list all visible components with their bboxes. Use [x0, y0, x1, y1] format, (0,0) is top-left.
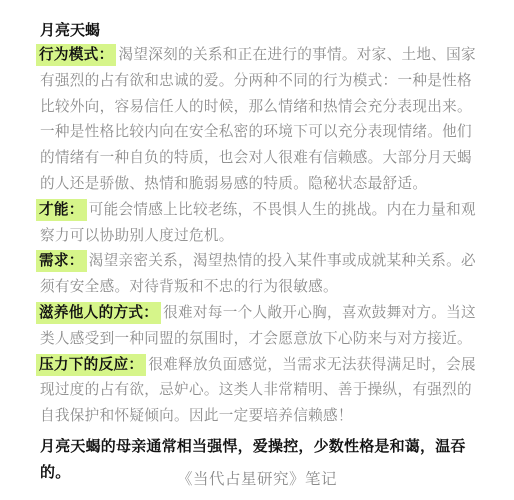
source-footer: 《当代占星研究》笔记 [0, 467, 514, 489]
section-stress-reaction: 压力下的反应：很难释放负面感觉，当需求无法获得满足时，会展现过度的占有欲，忌妒心… [40, 352, 476, 429]
section-behavior: 行为模式：渴望深刻的关系和正在进行的事情。对家、土地、国家有强烈的占有欲和忠诚的… [40, 42, 476, 197]
section-label: 滋养他人的方式： [36, 302, 161, 324]
section-text: 渴望亲密关系，渴望热情的投入某件事或成就某种关系。必须有安全感。对待背叛和不忠的… [40, 252, 476, 295]
section-needs: 需求：渴望亲密关系，渴望热情的投入某件事或成就某种关系。必须有安全感。对待背叛和… [40, 248, 476, 300]
section-text: 可能会情感上比较老练，不畏惧人生的挑战。内在力量和观察力可以协助别人度过危机。 [40, 201, 476, 244]
section-text: 渴望深刻的关系和正在进行的事情。对家、土地、国家有强烈的占有欲和忠诚的爱。分两种… [40, 46, 476, 192]
section-label: 才能： [36, 199, 87, 221]
section-label: 行为模式： [36, 44, 116, 66]
section-nurturing: 滋养他人的方式：很难对每一个人敞开心胸，喜欢鼓舞对方。当这类人感受到一种同盟的氛… [40, 300, 476, 352]
document-body: 月亮天蝎 行为模式：渴望深刻的关系和正在进行的事情。对家、土地、国家有强烈的占有… [40, 19, 476, 485]
section-talent: 才能：可能会情感上比较老练，不畏惧人生的挑战。内在力量和观察力可以协助别人度过危… [40, 197, 476, 249]
section-label: 压力下的反应： [36, 354, 146, 376]
page-title: 月亮天蝎 [40, 19, 476, 41]
section-label: 需求： [36, 250, 87, 272]
